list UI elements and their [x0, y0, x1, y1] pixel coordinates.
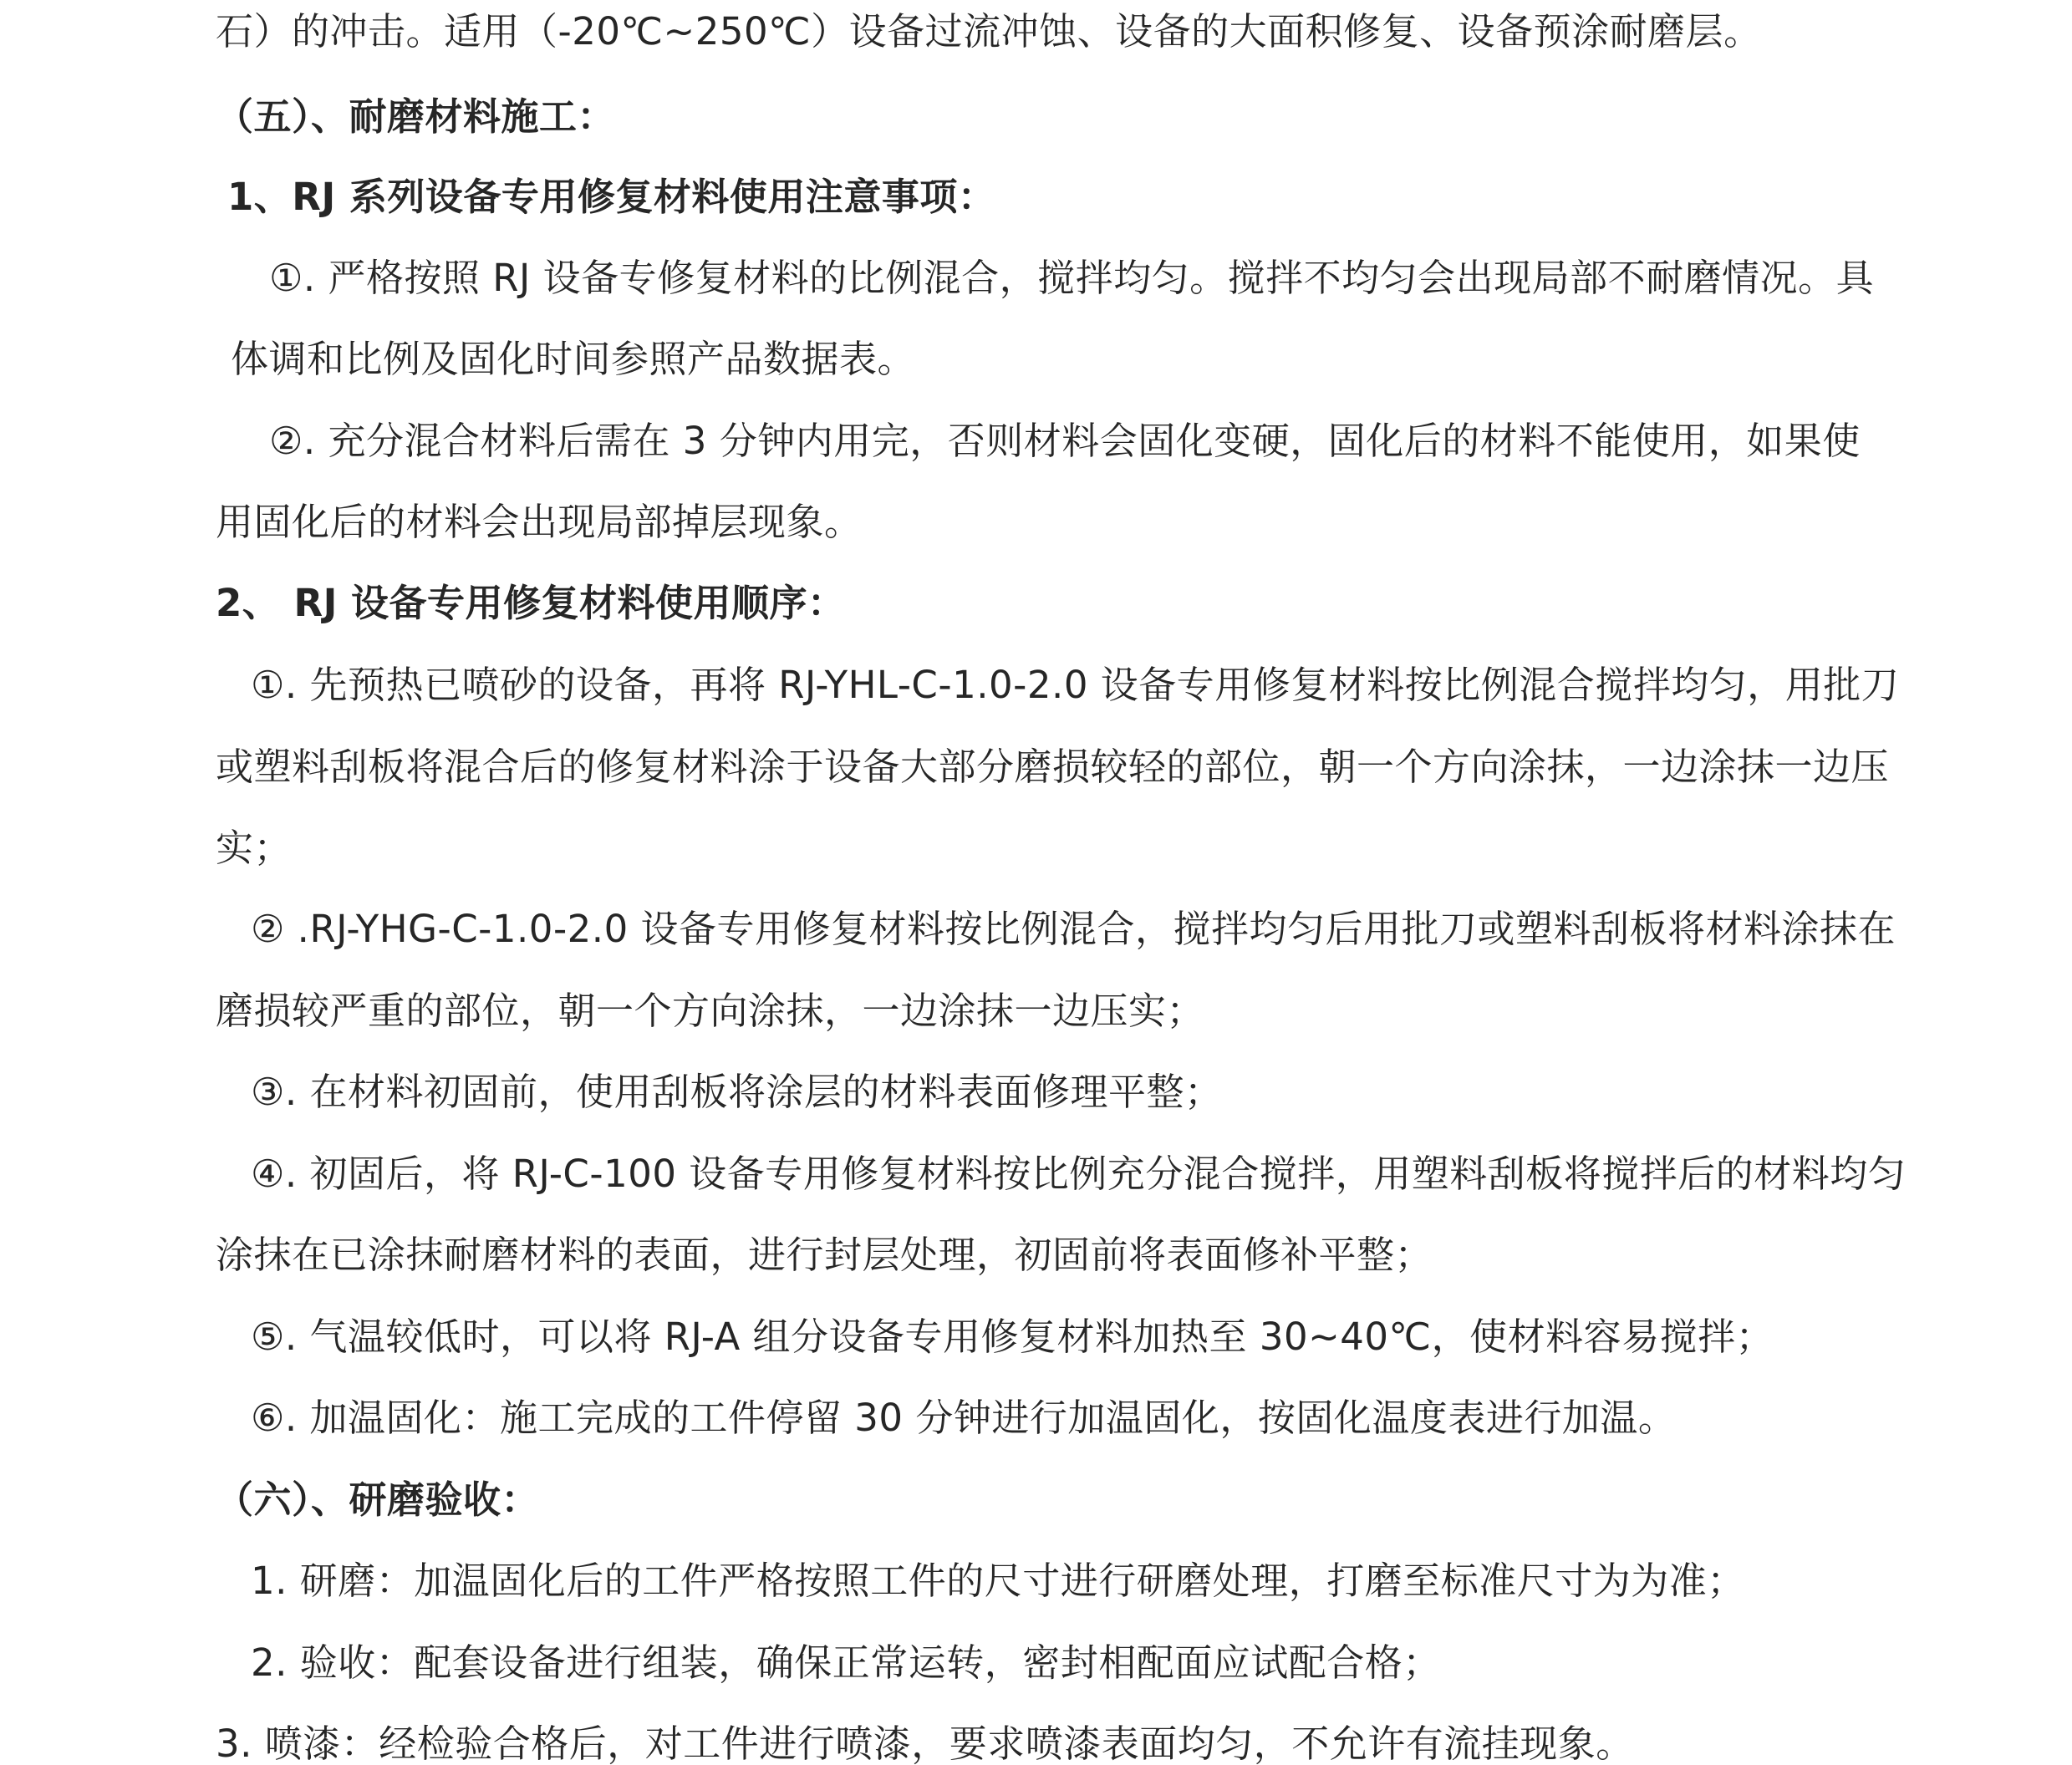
section-heading-wear-material-construction: （五）、耐磨材料施工：: [216, 94, 615, 140]
text-line: ②. 充分混合材料后需在 3 分钟内用完，否则材料会固化变硬，固化后的材料不能使…: [269, 418, 1861, 465]
text-line: 3. 喷漆：经检验合格后，对工件进行喷漆，要求喷漆表面均匀，不允许有流挂现象。: [216, 1721, 1634, 1765]
text-line: ③. 在材料初固前，使用刮板将涂层的材料表面修理平整；: [251, 1069, 1222, 1116]
text-line: ①. 先预热已喷砂的设备，再将 RJ-YHL-C-1.0-2.0 设备专用修复材…: [251, 662, 1899, 709]
text-line: 涂抹在已涂抹耐磨材料的表面，进行封层处理，初固前将表面修补平整；: [216, 1232, 1433, 1279]
subheading-usage-order: 2、 RJ 设备专用修复材料使用顺序：: [216, 580, 846, 627]
text-line: 石）的冲击。适用（-20℃~250℃）设备过流冲蚀、设备的大面积修复、设备预涂耐…: [216, 8, 1762, 55]
text-line: ⑥. 加温固化：施工完成的工件停留 30 分钟进行加温固化，按固化温度表进行加温…: [251, 1395, 1676, 1442]
text-line: ④. 初固后，将 RJ-C-100 设备专用修复材料按比例充分混合搅拌，用塑料刮…: [251, 1151, 1906, 1198]
text-line: 实；: [216, 825, 292, 872]
text-line: 2. 验收：配套设备进行组装，确保正常运转，密封相配面应试配合格；: [251, 1640, 1441, 1686]
text-line: ② .RJ-YHG-C-1.0-2.0 设备专用修复材料按比例混合，搅拌均匀后用…: [251, 906, 1896, 953]
document-page: 石）的冲击。适用（-20℃~250℃）设备过流冲蚀、设备的大面积修复、设备预涂耐…: [0, 0, 2072, 1765]
subheading-precautions: 1、RJ 系列设备专用修复材料使用注意事项：: [227, 174, 995, 221]
text-line: 1. 研磨：加温固化后的工件严格按照工件的尺寸进行研磨处理，打磨至标准尺寸为为准…: [251, 1558, 1745, 1605]
section-heading-grinding-acceptance: （六）、研磨验收：: [216, 1477, 539, 1523]
text-line: 或塑料刮板将混合后的修复材料涂于设备大部分磨损较轻的部位，朝一个方向涂抹，一边涂…: [216, 744, 1889, 791]
text-line: 用固化后的材料会出现局部掉层现象。: [216, 499, 863, 546]
text-line: ⑤. 气温较低时，可以将 RJ-A 组分设备专用修复材料加热至 30~40℃，使…: [251, 1314, 1774, 1361]
text-line: 体调和比例及固化时间参照产品数据表。: [231, 336, 915, 383]
text-line: ①. 严格按照 RJ 设备专修复材料的比例混合，搅拌均匀。搅拌不均匀会出现局部不…: [269, 255, 1874, 302]
text-line: 磨损较严重的部位，朝一个方向涂抹，一边涂抹一边压实；: [216, 988, 1204, 1035]
